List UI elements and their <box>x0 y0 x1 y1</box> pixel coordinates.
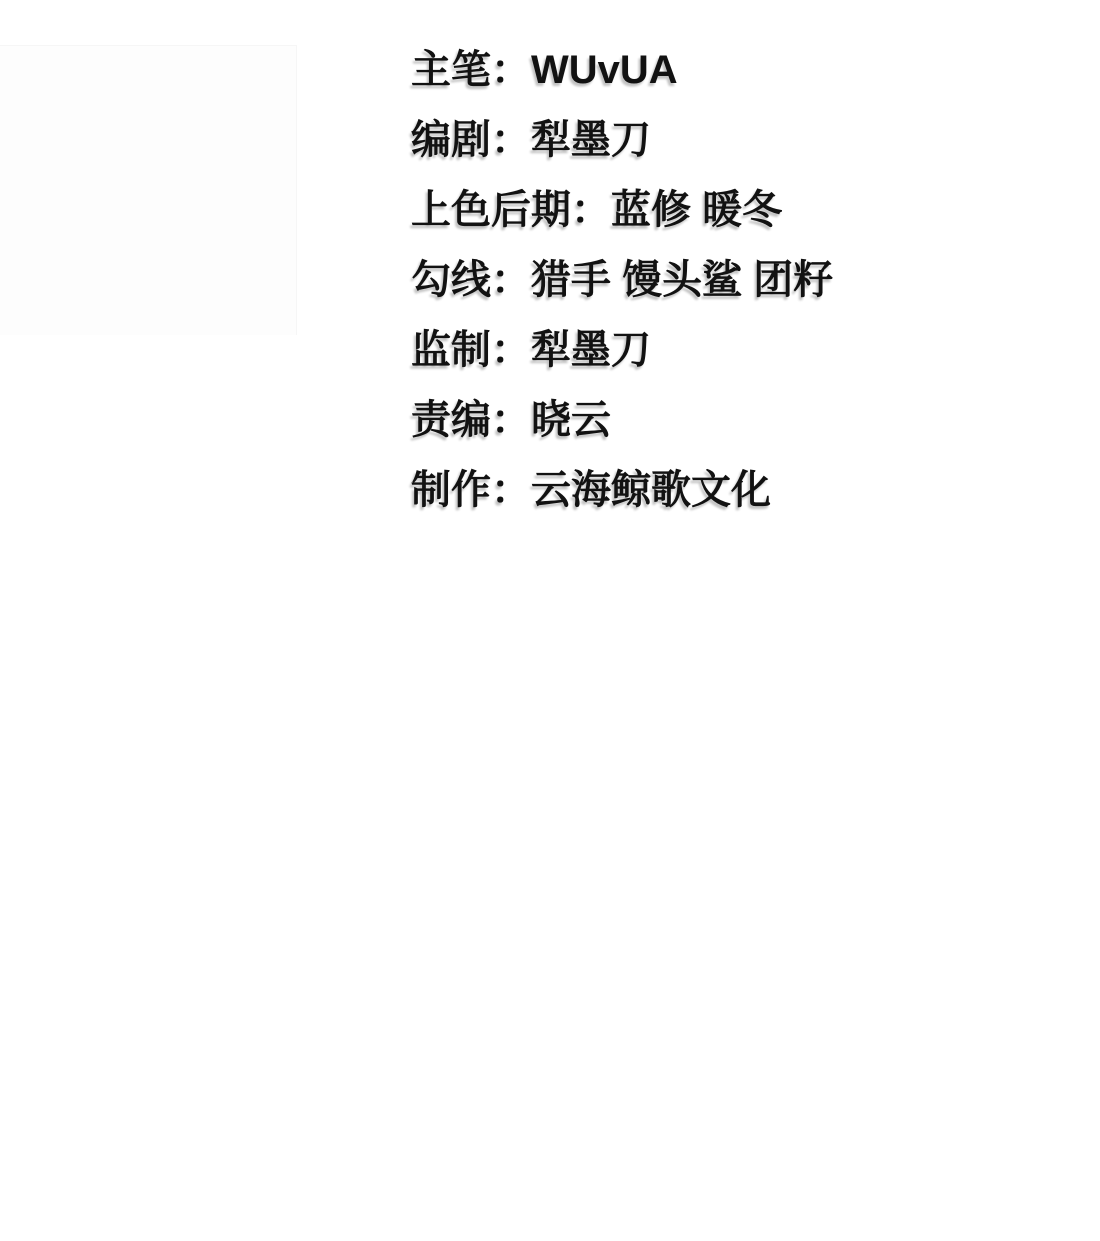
credit-line-production: 制作：云海鲸歌文化 <box>411 455 833 525</box>
credit-line-lineart: 勾线：猎手 馒头鲨 团籽 <box>411 245 833 315</box>
credits-list: 主笔：WUvUA 编剧：犁墨刀 上色后期：蓝修 暖冬 勾线：猎手 馒头鲨 团籽 … <box>411 35 833 525</box>
faded-panel-remnant <box>0 45 297 335</box>
credit-line-main-artist: 主笔：WUvUA <box>411 35 833 105</box>
credit-line-editor: 责编：晓云 <box>411 385 833 455</box>
credit-line-coloring: 上色后期：蓝修 暖冬 <box>411 175 833 245</box>
comic-credits-page: 主笔：WUvUA 编剧：犁墨刀 上色后期：蓝修 暖冬 勾线：猎手 馒头鲨 团籽 … <box>0 0 1100 1241</box>
credit-line-supervisor: 监制：犁墨刀 <box>411 315 833 385</box>
credit-line-screenwriter: 编剧：犁墨刀 <box>411 105 833 175</box>
